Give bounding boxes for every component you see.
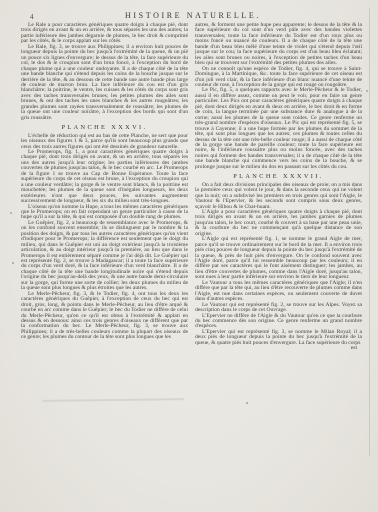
paragraph: On a fait deux divisions principales des… [195, 183, 362, 210]
left-column: Le Rale a pour caractères génériques qua… [21, 23, 188, 341]
paper-speck [10, 212, 12, 214]
running-title: HISTOIRE NATURELLE. [21, 11, 365, 20]
paragraph: L'Epervier qui est représenté fig. 3, se… [195, 330, 362, 346]
paragraph: L'oiseau qu'on nomme la Hupe, a tous les… [21, 205, 188, 221]
scanned-book-page: 4 HISTOIRE NATURELLE. Le Rale a pour car… [0, 0, 378, 512]
paragraph: Le Vautour a tous les mêmes caractères g… [195, 281, 362, 303]
paragraph: Le Rale a pour caractères génériques qua… [21, 23, 188, 45]
paragraph: Le Promerops, fig. 1, a pour caractères … [21, 150, 188, 205]
paper-speck [12, 262, 14, 264]
page-number: 4 [30, 13, 34, 21]
paragraph: L'échelle de réduction qui est au bas de… [21, 134, 188, 150]
paragraph: Le Rale, fig. 3, se trouve aux Philippin… [21, 45, 188, 121]
plate-heading-xxxvi: PLANCHE XXXVI. [21, 125, 188, 130]
paragraph: Le Vautour qui est représenté fig. 2, se… [195, 303, 362, 314]
paragraph-continuation: autres, & forment une petite hupe peu ap… [195, 23, 362, 67]
ink-smudge [42, 398, 184, 402]
paragraph: Le Pic, fig. 5, a quelques rapports avec… [195, 88, 362, 170]
paragraph: Le Guêpier, fig. 2, a beaucoup de ressem… [21, 221, 188, 292]
paragraph: On ne connoît qu'une espèce de Todier, f… [195, 67, 362, 89]
paragraph: Le Merle-Pêcheur, fig. 3, & le Todier, f… [21, 292, 188, 341]
page-edge-line [369, 8, 370, 456]
plate-heading-xxxvii: PLANCHE XXXVII. [195, 174, 362, 179]
catchword: est [195, 346, 362, 351]
right-column: autres, & forment une petite hupe peu ap… [195, 23, 362, 352]
paper-speck [246, 402, 248, 404]
paragraph: L'Aigle a pour caractères génériques qua… [195, 210, 362, 237]
paper-speck [366, 90, 368, 92]
paragraph: L'Aigle qui est représenté fig. 1, se no… [195, 237, 362, 281]
paragraph: L'Epervier ne diffère de l'Aigle & du Va… [195, 314, 362, 330]
page-header: 4 HISTOIRE NATURELLE. [21, 11, 365, 22]
